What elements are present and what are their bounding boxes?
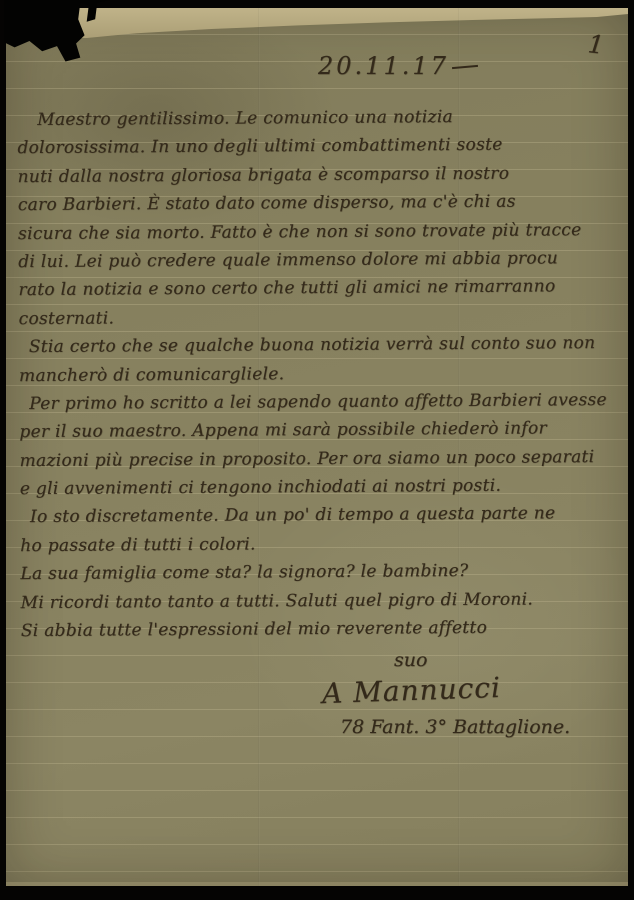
letter-valediction: suo — [394, 649, 427, 671]
letter-page: 1 20.11.17 Maestro gentilissimo. Le comu… — [6, 8, 628, 886]
letter-line: dolorosissima. In uno degli ultimi comba… — [17, 130, 619, 163]
letter-line: Mi ricordi tanto tanto a tutti. Saluti q… — [20, 585, 622, 618]
letter-unit: 78 Fant. 3° Battaglione. — [340, 716, 570, 738]
letter-line: di lui. Lei può credere quale immenso do… — [18, 244, 620, 277]
letter-line: ho passate di tutti i colori. — [20, 528, 622, 561]
page-number: 1 — [587, 29, 606, 60]
letter-line: Per primo ho scritto a lei sapendo quant… — [19, 386, 621, 419]
letter-line: Si abbia tutte l'espressioni del mio rev… — [21, 613, 623, 646]
letter-body: Maestro gentilissimo. Le comunico una no… — [17, 102, 623, 646]
letter-line: e gli avvenimenti ci tengono inchiodati … — [20, 471, 622, 504]
scanned-letter: 1 20.11.17 Maestro gentilissimo. Le comu… — [0, 0, 634, 900]
letter-line: Maestro gentilissimo. Le comunico una no… — [17, 102, 619, 135]
paper-top-edge — [6, 8, 628, 38]
letter-line: per il suo maestro. Appena mi sarà possi… — [19, 414, 621, 447]
letter-date: 20.11.17 — [318, 52, 478, 80]
letter-signature: A Mannucci — [321, 671, 501, 710]
letter-line: caro Barbieri. È stato dato come dispers… — [18, 187, 620, 220]
letter-line: mancherò di comunicargliele. — [19, 357, 621, 390]
letter-line: Io sto discretamente. Da un po' di tempo… — [20, 499, 622, 532]
letter-line: sicura che sia morto. Fatto è che non si… — [18, 215, 620, 248]
letter-line: nuti dalla nostra gloriosa brigata è sco… — [18, 159, 620, 192]
letter-line: costernati. — [19, 301, 621, 334]
letter-line: Stia certo che se qualche buona notizia … — [19, 329, 621, 362]
letter-line: mazioni più precise in proposito. Per or… — [20, 443, 622, 476]
letter-line: rato la notizia e sono certo che tutti g… — [18, 272, 620, 305]
paper-bottom-edge — [6, 882, 628, 886]
letter-line: La sua famiglia come sta? la signora? le… — [20, 556, 622, 589]
